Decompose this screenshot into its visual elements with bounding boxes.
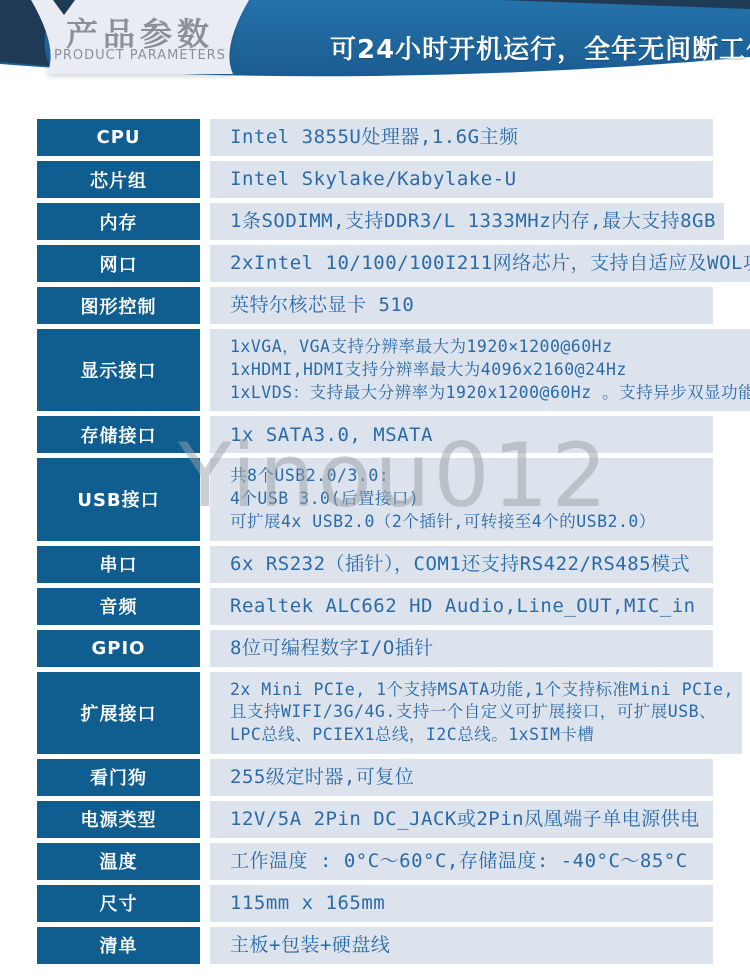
spec-table: CPU Intel 3855U处理器,1.6G主频 芯片组 Intel Skyl… [37,119,713,964]
product-parameters-page: 产品参数 PRODUCT PARAMETERS 可24小时开机运行，全年无间断工… [0,0,750,976]
spec-line: 1xHDMI,HDMI支持分辨率最大为4096x2160@24Hz [230,359,750,382]
spec-label: 串口 [37,546,200,583]
spec-value: 255级定时器,可复位 [210,759,713,796]
spec-line: 12V/5A 2Pin DC_JACK或2Pin凤凰端子单电源供电 [230,806,705,832]
spec-value: 主板+包装+硬盘线 [210,927,713,964]
banner-slogan: 可24小时开机运行，全年无间断工作 [330,29,730,66]
spec-line: 2xIntel 10/100/100I211网络芯片，支持自适应及WOL功能 [230,250,750,276]
spec-row: 图形控制 英特尔核芯显卡 510 [37,287,713,324]
spec-row: 内存 1条SODIMM,支持DDR3/L 1333MHz内存,最大支持8GB [37,203,713,240]
spec-value: 2xIntel 10/100/100I211网络芯片，支持自适应及WOL功能 [210,245,750,282]
spec-value: 共8个USB2.0/3.0:4个USB 3.0(后置接口)可扩展4x USB2.… [210,458,713,540]
spec-label: 看门狗 [37,759,200,796]
spec-label: 音频 [37,588,200,625]
spec-row: GPIO 8位可编程数字I/O插针 [37,630,713,667]
spec-row: 音频 Realtek ALC662 HD Audio,Line_OUT,MIC_… [37,588,713,625]
spec-row: 电源类型 12V/5A 2Pin DC_JACK或2Pin凤凰端子单电源供电 [37,801,713,838]
spec-line: 6x RS232（插针），COM1还支持RS422/RS485模式 [230,551,705,577]
spec-line: 115mm x 165mm [230,890,705,916]
spec-value: 6x RS232（插针），COM1还支持RS422/RS485模式 [210,546,713,583]
spec-line: 且支持WIFI/3G/4G.支持一个自定义可扩展接口，可扩展USB、 [230,701,734,724]
spec-line: 2x Mini PCIe, 1个支持MSATA功能,1个支持标准Mini PCI… [230,679,734,702]
spec-line: 1xLVDS：支持最大分辨率为1920x1200@60Hz 。支持异步双显功能 [230,382,750,405]
spec-label: 芯片组 [37,161,200,198]
spec-line: 工作温度 : 0°C～60°C,存储温度: -40°C～85°C [230,848,705,874]
spec-line: 可扩展4x USB2.0（2个插针,可转接至4个的USB2.0） [230,511,705,534]
spec-line: 英特尔核芯显卡 510 [230,292,705,318]
spec-value: 1xVGA，VGA支持分辨率最大为1920×1200@60Hz1xHDMI,HD… [210,329,750,411]
spec-row: CPU Intel 3855U处理器,1.6G主频 [37,119,713,156]
spec-row: 显示接口 1xVGA，VGA支持分辨率最大为1920×1200@60Hz1xHD… [37,329,713,411]
spec-value: 1x SATA3.0, MSATA [210,416,713,453]
spec-label: 清单 [37,927,200,964]
spec-row: USB接口 共8个USB2.0/3.0:4个USB 3.0(后置接口)可扩展4x… [37,458,713,540]
spec-label: 电源类型 [37,801,200,838]
spec-value: 英特尔核芯显卡 510 [210,287,713,324]
spec-line: 8位可编程数字I/O插针 [230,635,705,661]
spec-row: 温度 工作温度 : 0°C～60°C,存储温度: -40°C～85°C [37,843,713,880]
spec-line: Intel 3855U处理器,1.6G主频 [230,124,705,150]
spec-label: 尺寸 [37,885,200,922]
spec-label: CPU [37,119,200,156]
spec-label: 显示接口 [37,329,200,411]
spec-row: 芯片组 Intel Skylake/Kabylake-U [37,161,713,198]
spec-line: 共8个USB2.0/3.0: [230,465,705,488]
spec-value: 8位可编程数字I/O插针 [210,630,713,667]
spec-value: Realtek ALC662 HD Audio,Line_OUT,MIC_in [210,588,713,625]
header: 产品参数 PRODUCT PARAMETERS 可24小时开机运行，全年无间断工… [0,0,750,110]
title-ribbon: 产品参数 PRODUCT PARAMETERS [25,0,255,74]
spec-value: 12V/5A 2Pin DC_JACK或2Pin凤凰端子单电源供电 [210,801,713,838]
spec-row: 扩展接口 2x Mini PCIe, 1个支持MSATA功能,1个支持标准Min… [37,672,713,754]
spec-row: 尺寸 115mm x 165mm [37,885,713,922]
spec-value: 2x Mini PCIe, 1个支持MSATA功能,1个支持标准Mini PCI… [210,672,742,754]
spec-value: Intel Skylake/Kabylake-U [210,161,713,198]
spec-value: 1条SODIMM,支持DDR3/L 1333MHz内存,最大支持8GB [210,203,724,240]
spec-value: 115mm x 165mm [210,885,713,922]
spec-line: 255级定时器,可复位 [230,764,705,790]
spec-line: LPC总线、PCIEX1总线，I2C总线。1xSIM卡槽 [230,724,734,747]
spec-row: 清单 主板+包装+硬盘线 [37,927,713,964]
spec-line: 4个USB 3.0(后置接口) [230,488,705,511]
spec-label: 图形控制 [37,287,200,324]
page-subtitle: PRODUCT PARAMETERS [25,48,255,63]
spec-line: 主板+包装+硬盘线 [230,932,705,958]
spec-value: Intel 3855U处理器,1.6G主频 [210,119,713,156]
spec-label: 扩展接口 [37,672,200,754]
spec-line: 1条SODIMM,支持DDR3/L 1333MHz内存,最大支持8GB [230,208,716,234]
spec-label: 温度 [37,843,200,880]
spec-row: 串口 6x RS232（插针），COM1还支持RS422/RS485模式 [37,546,713,583]
spec-label: USB接口 [37,458,200,540]
spec-line: 1xVGA，VGA支持分辨率最大为1920×1200@60Hz [230,336,750,359]
spec-label: 网口 [37,245,200,282]
spec-row: 网口 2xIntel 10/100/100I211网络芯片，支持自适应及WOL功… [37,245,713,282]
spec-line: Realtek ALC662 HD Audio,Line_OUT,MIC_in [230,593,705,619]
spec-line: Intel Skylake/Kabylake-U [230,166,705,192]
spec-label: 存储接口 [37,416,200,453]
spec-line: 1x SATA3.0, MSATA [230,422,705,448]
spec-label: GPIO [37,630,200,667]
spec-value: 工作温度 : 0°C～60°C,存储温度: -40°C～85°C [210,843,713,880]
spec-row: 存储接口 1x SATA3.0, MSATA [37,416,713,453]
spec-row: 看门狗 255级定时器,可复位 [37,759,713,796]
spec-label: 内存 [37,203,200,240]
